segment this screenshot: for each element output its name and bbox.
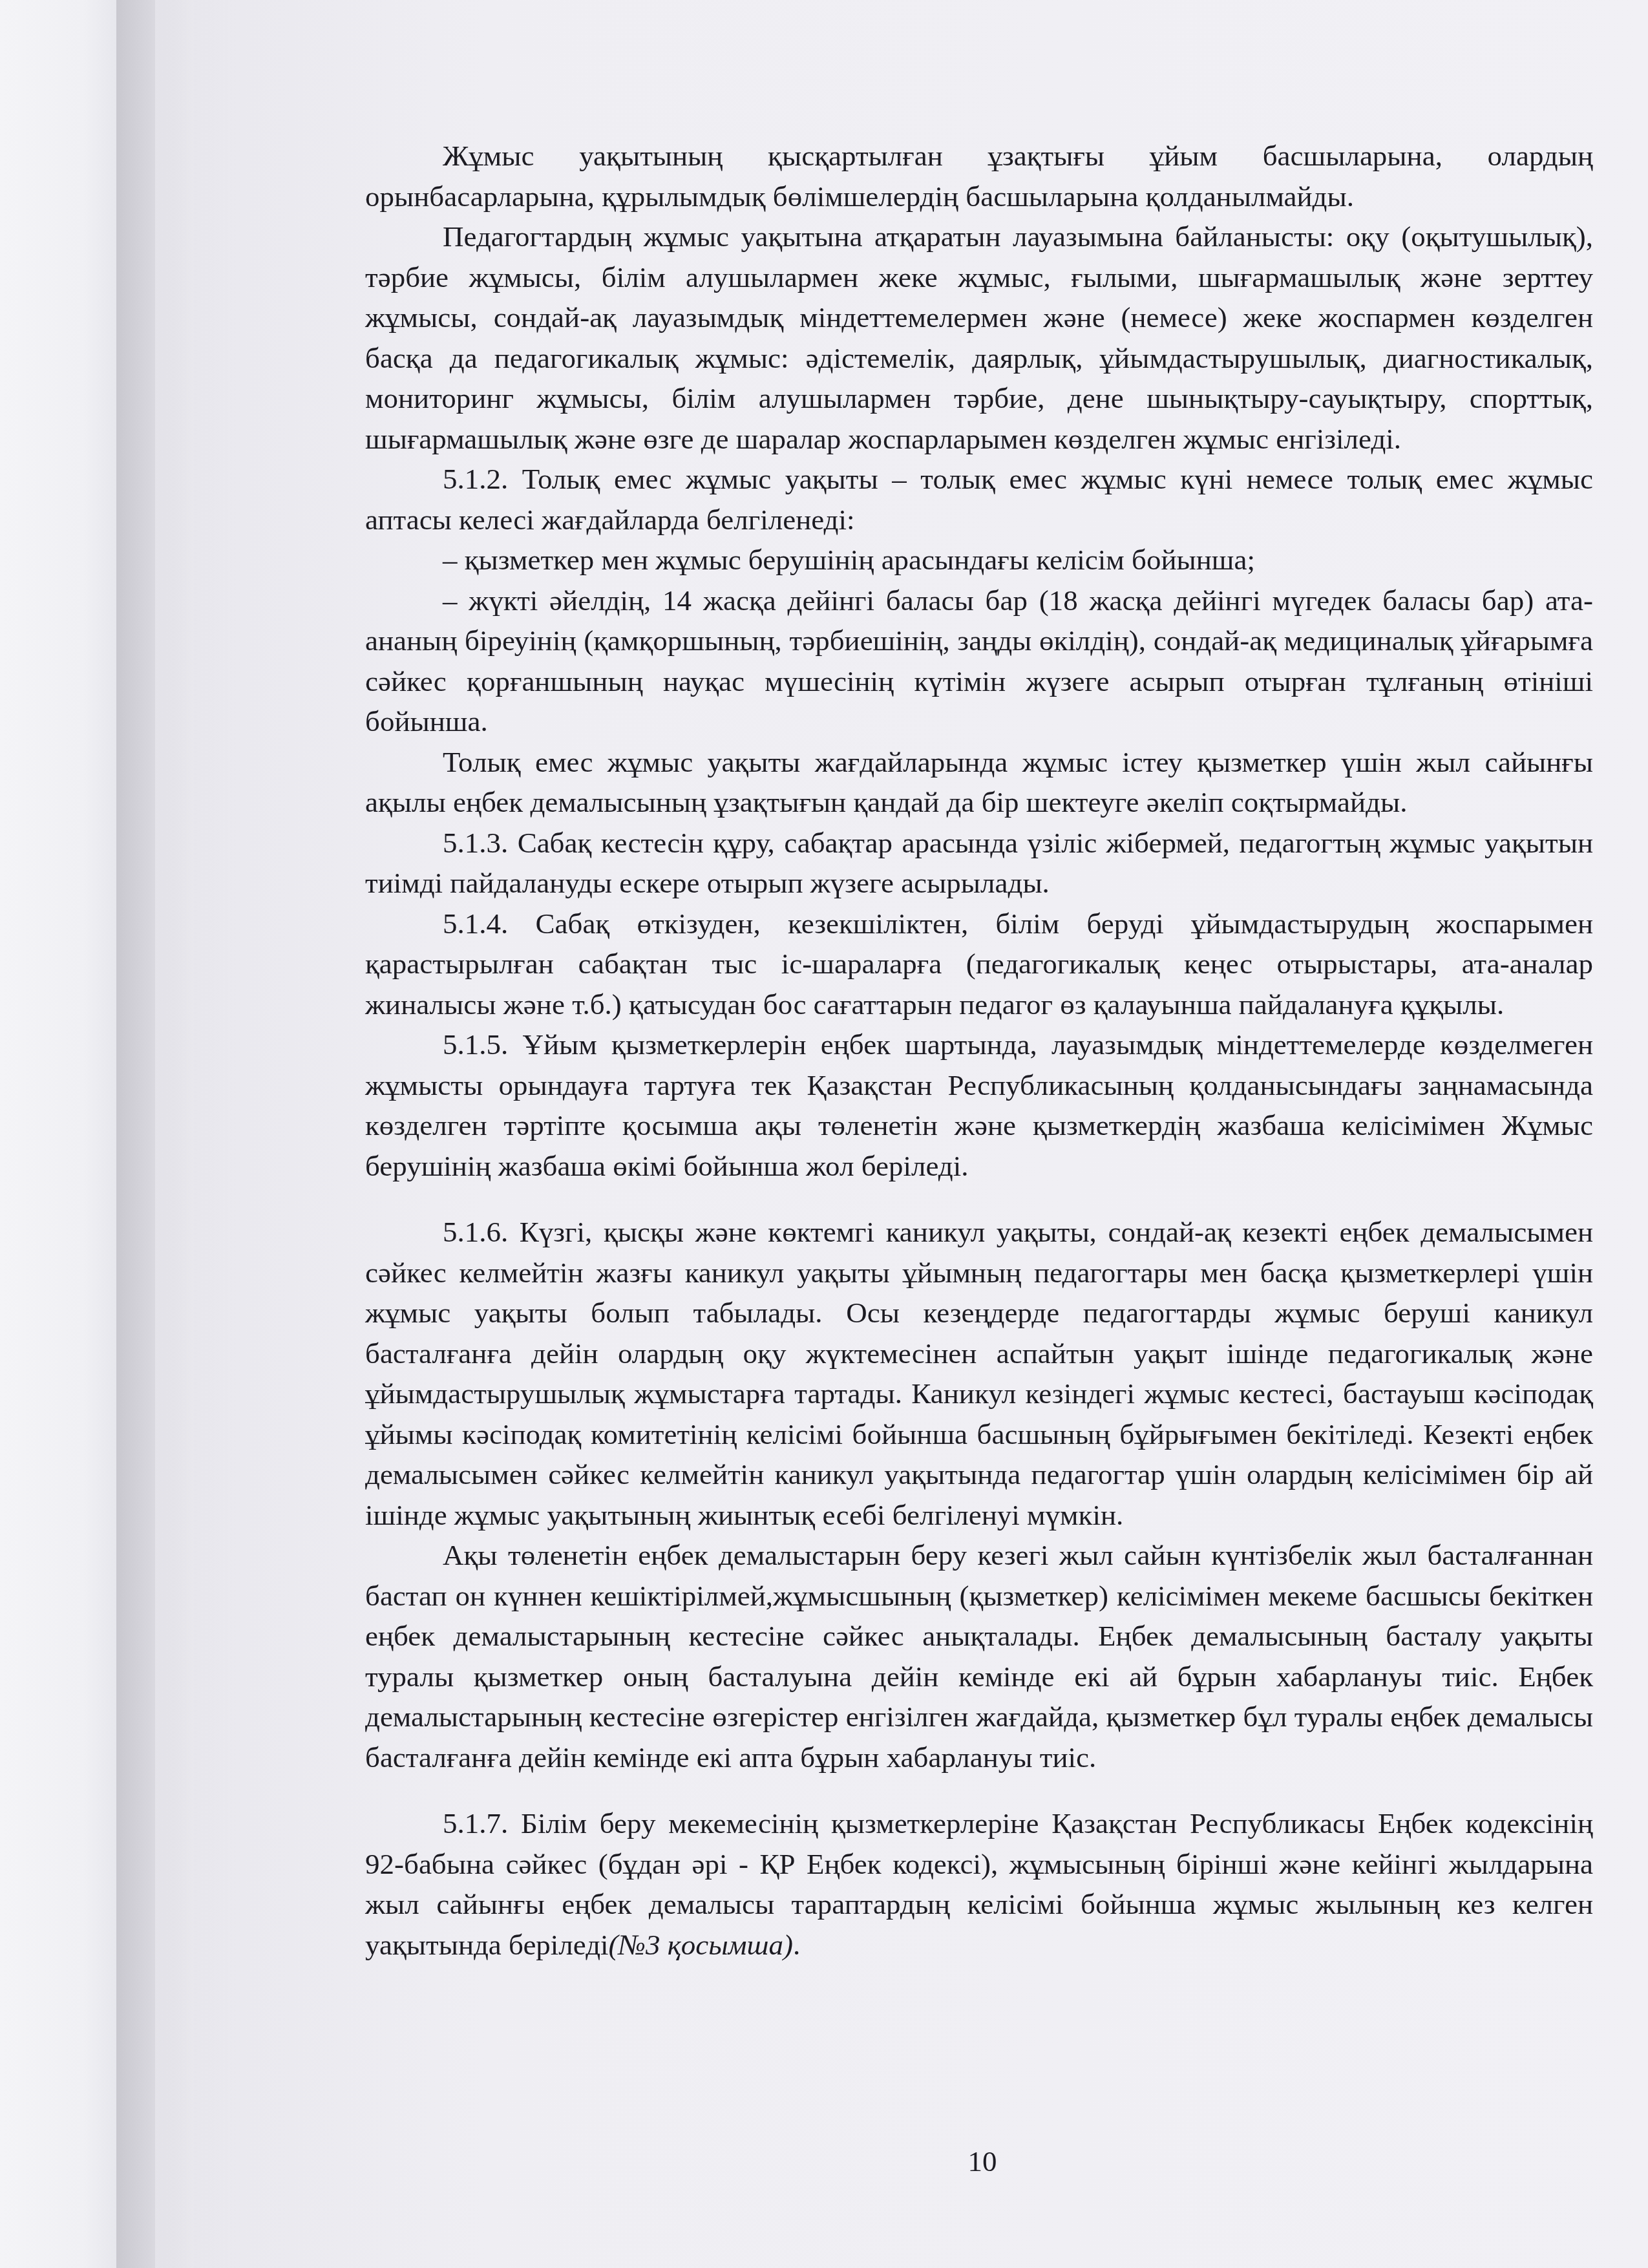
section-5-1-7-text: 5.1.7. Білім беру мекемесінің қызметкерл… <box>365 1807 1593 1961</box>
adjacent-page-edge <box>0 0 120 2268</box>
section-5-1-5: 5.1.5. Ұйым қызметкерлерін еңбек шартынд… <box>365 1024 1593 1186</box>
list-item-application: – жүкті әйелдің, 14 жасқа дейінгі баласы… <box>365 580 1593 742</box>
appendix-reference: (№3 қосымша) <box>609 1929 793 1961</box>
page-body: Жұмыс уақытының қысқартылған ұзақтығы ұй… <box>365 136 1593 1965</box>
section-5-1-3: 5.1.3. Сабақ кестесін құру, сабақтар ара… <box>365 823 1593 904</box>
list-item-agreement: – қызметкер мен жұмыс берушінің арасында… <box>365 540 1593 580</box>
page-number: 10 <box>956 2145 1008 2178</box>
section-5-1-6: 5.1.6. Күзгі, қысқы және көктемгі канику… <box>365 1212 1593 1535</box>
paragraph-paid-leave-schedule: Ақы төленетін еңбек демалыстарын беру ке… <box>365 1535 1593 1777</box>
section-5-1-2: 5.1.2. Толық емес жұмыс уақыты – толық е… <box>365 459 1593 540</box>
document-page: Жұмыс уақытының қысқартылған ұзақтығы ұй… <box>194 0 1648 2268</box>
book-gutter-shadow <box>116 0 194 2268</box>
section-5-1-4: 5.1.4. Сабақ өткізуден, кезекшіліктен, б… <box>365 904 1593 1025</box>
section-5-1-7-end: . <box>793 1929 800 1961</box>
paragraph-reduced-hours: Жұмыс уақытының қысқартылған ұзақтығы ұй… <box>365 136 1593 217</box>
paragraph-teacher-work-time: Педагогтардың жұмыс уақытына атқаратын л… <box>365 217 1593 459</box>
section-5-1-7: 5.1.7. Білім беру мекемесінің қызметкерл… <box>365 1803 1593 1965</box>
paragraph-part-time-leave: Толық емес жұмыс уақыты жағдайларында жұ… <box>365 742 1593 823</box>
